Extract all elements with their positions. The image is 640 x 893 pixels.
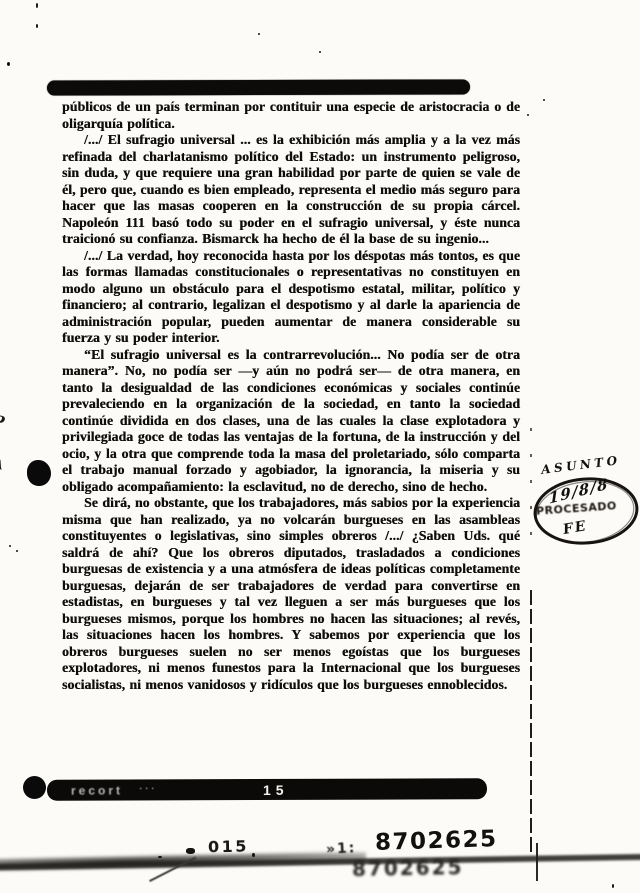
margin-mark: ? [0,412,6,434]
recortes-label-trail: ··· [139,781,157,795]
toner-speck [612,884,614,888]
document-text: públicos de un país terminan por contitu… [62,99,520,693]
recortes-bar: recort ··· 15 [47,778,487,801]
smudged-number: 8702625 [352,855,464,881]
handwritten-annotation: ASUNTO 19/8/8 PROCESADO FE [531,456,640,556]
bar-page-number: 15 [263,782,289,798]
toner-speck [9,545,11,547]
toner-speck [36,24,38,28]
toner-speck [319,51,321,53]
hole-punch-mark [23,776,46,799]
toner-speck [16,550,18,552]
paragraph: públicos de un país terminan por contitu… [62,99,520,132]
toner-speck [36,3,38,8]
margin-mark: A [0,457,4,473]
fold-line-tick [536,843,538,881]
toner-speck [258,33,260,35]
fold-line [530,590,532,852]
hole-punch-mark [27,460,51,486]
stamp-number-large: 8702625 [375,826,498,856]
redaction-bar-top [47,79,470,95]
toner-speck [7,62,10,66]
paragraph: /.../ El sufragio universal ... es la ex… [62,132,520,248]
recortes-label: recort [71,784,123,798]
toner-speck [186,848,195,854]
paragraph: “El sufragio universal es la contrarrevo… [62,347,520,496]
paragraph: Se dirá, no obstante, que los trabajador… [62,495,520,693]
toner-speck [543,99,545,101]
paragraph: /.../ La verdad, hoy reconocida hasta po… [62,248,520,347]
toner-speck [527,114,529,116]
